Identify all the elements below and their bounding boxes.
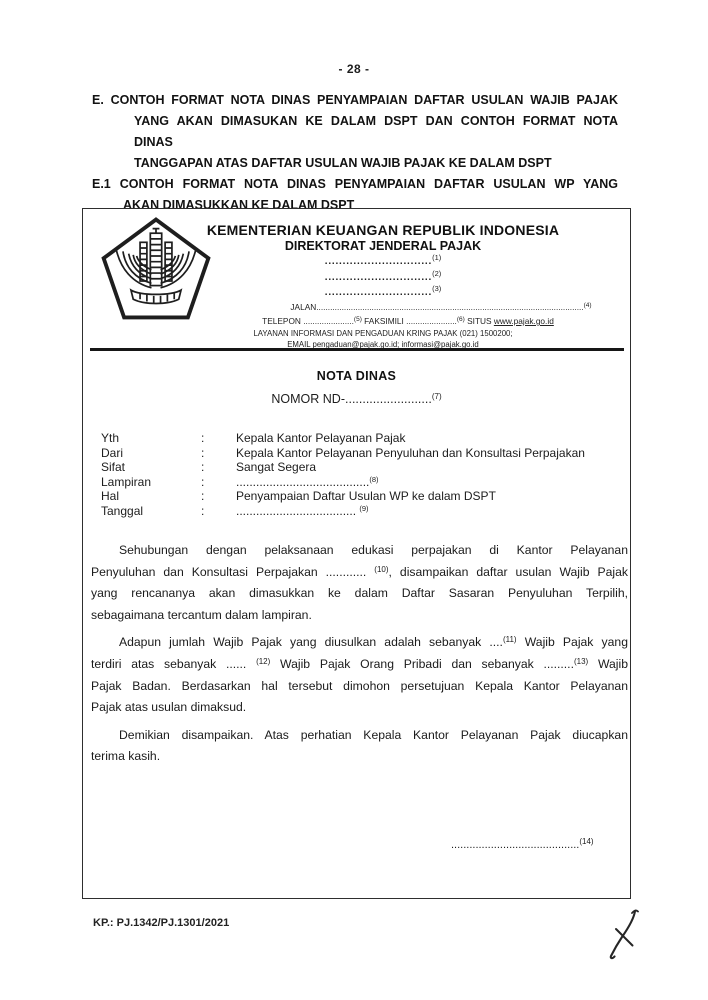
heading-e1-label: E.1 [92, 177, 111, 191]
ref-number-3: (3) [432, 284, 441, 293]
field-row-sifat: Sifat:Sangat Segera [83, 460, 630, 475]
field-value: Sangat Segera [236, 460, 316, 474]
memo-body: Sehubungan dengan pelaksanaan edukasi pe… [91, 540, 628, 768]
field-row-yth: Yth:Kepala Kantor Pelayanan Pajak [83, 431, 630, 446]
paragraph-3: Demikian disampaikan. Atas perhatian Kep… [91, 725, 628, 768]
document-page: - 28 - E. CONTOH FORMAT NOTA DINAS PENYA… [0, 0, 708, 1000]
memo-number-line: NOMOR ND-.........................(7) [83, 392, 630, 406]
kring-pajak-line: LAYANAN INFORMASI DAN PENGADUAN KRING PA… [181, 328, 585, 339]
page-number: - 28 - [0, 62, 708, 76]
heading-e-line3: TANGGAPAN ATAS DAFTAR USULAN WAJIB PAJAK… [92, 153, 618, 174]
field-value: ........................................ [236, 475, 369, 489]
heading-e1-text1: CONTOH FORMAT NOTA DINAS PENYAMPAIAN DAF… [120, 177, 618, 191]
memo-frame: KEMENTERIAN KEUANGAN REPUBLIK INDONESIA … [82, 208, 631, 899]
ministry-name: KEMENTERIAN KEUANGAN REPUBLIK INDONESIA [181, 222, 585, 239]
letterhead-blank-line-2: ..............................(2) [181, 270, 585, 286]
ref-number-6: (6) [457, 316, 465, 323]
signature-line: ........................................… [451, 838, 594, 852]
telepon-line: TELEPON ......................(5) FAKSIM… [206, 315, 610, 328]
field-value: .................................... [236, 504, 359, 518]
field-value: Kepala Kantor Pelayanan Pajak [236, 431, 405, 445]
letterhead-blank-line-1: ..............................(1) [181, 254, 585, 270]
paragraph-1: Sehubungan dengan pelaksanaan edukasi pe… [91, 540, 628, 626]
field-value: Penyampaian Daftar Usulan WP ke dalam DS… [236, 489, 496, 503]
document-code: KP.: PJ.1342/PJ.1301/2021 [93, 917, 229, 929]
heading-e-label: E. [92, 93, 104, 107]
field-row-lampiran: Lampiran:...............................… [83, 475, 630, 490]
ref-number-7: (7) [432, 392, 442, 401]
memo-fields: Yth:Kepala Kantor Pelayanan Pajak Dari:K… [83, 431, 630, 519]
ref-number-1: (1) [432, 253, 441, 262]
section-headings: E. CONTOH FORMAT NOTA DINAS PENYAMPAIAN … [92, 90, 618, 215]
jalan-line: JALAN...................................… [239, 301, 643, 314]
ref-number-2: (2) [432, 269, 441, 278]
field-row-dari: Dari:Kepala Kantor Pelayanan Penyuluhan … [83, 446, 630, 461]
directorate-name: DIREKTORAT JENDERAL PAJAK [181, 239, 585, 254]
ref-number-8: (8) [369, 475, 378, 484]
handwritten-paraf-mark [604, 906, 646, 964]
letterhead: KEMENTERIAN KEUANGAN REPUBLIK INDONESIA … [181, 222, 585, 350]
ref-number-5: (5) [354, 316, 362, 323]
ref-number-9: (9) [359, 504, 368, 513]
situs-link: www.pajak.go.id [494, 316, 554, 326]
letterhead-blank-line-3: ..............................(3) [181, 285, 585, 301]
field-row-tanggal: Tanggal:................................… [83, 504, 630, 519]
paragraph-2: Adapun jumlah Wajib Pajak yang diusulkan… [91, 632, 628, 718]
heading-e1-line1: E.1 CONTOH FORMAT NOTA DINAS PENYAMPAIAN… [92, 174, 618, 195]
heading-e-text1: CONTOH FORMAT NOTA DINAS PENYAMPAIAN DAF… [111, 93, 618, 107]
ref-number-14: (14) [579, 837, 593, 846]
ref-number-12: (12) [256, 657, 270, 666]
heading-e-line1: E. CONTOH FORMAT NOTA DINAS PENYAMPAIAN … [92, 90, 618, 111]
ref-number-10: (10) [374, 565, 388, 574]
heading-e-line2: YANG AKAN DIMASUKAN KE DALAM DSPT DAN CO… [92, 111, 618, 153]
ref-number-13: (13) [574, 657, 588, 666]
memo-title: NOTA DINAS [83, 369, 630, 383]
field-row-hal: Hal:Penyampaian Daftar Usulan WP ke dala… [83, 489, 630, 504]
ref-number-4: (4) [584, 302, 592, 309]
field-value: Kepala Kantor Pelayanan Penyuluhan dan K… [236, 446, 585, 460]
letterhead-divider [90, 348, 624, 351]
ref-number-11: (11) [503, 635, 517, 644]
